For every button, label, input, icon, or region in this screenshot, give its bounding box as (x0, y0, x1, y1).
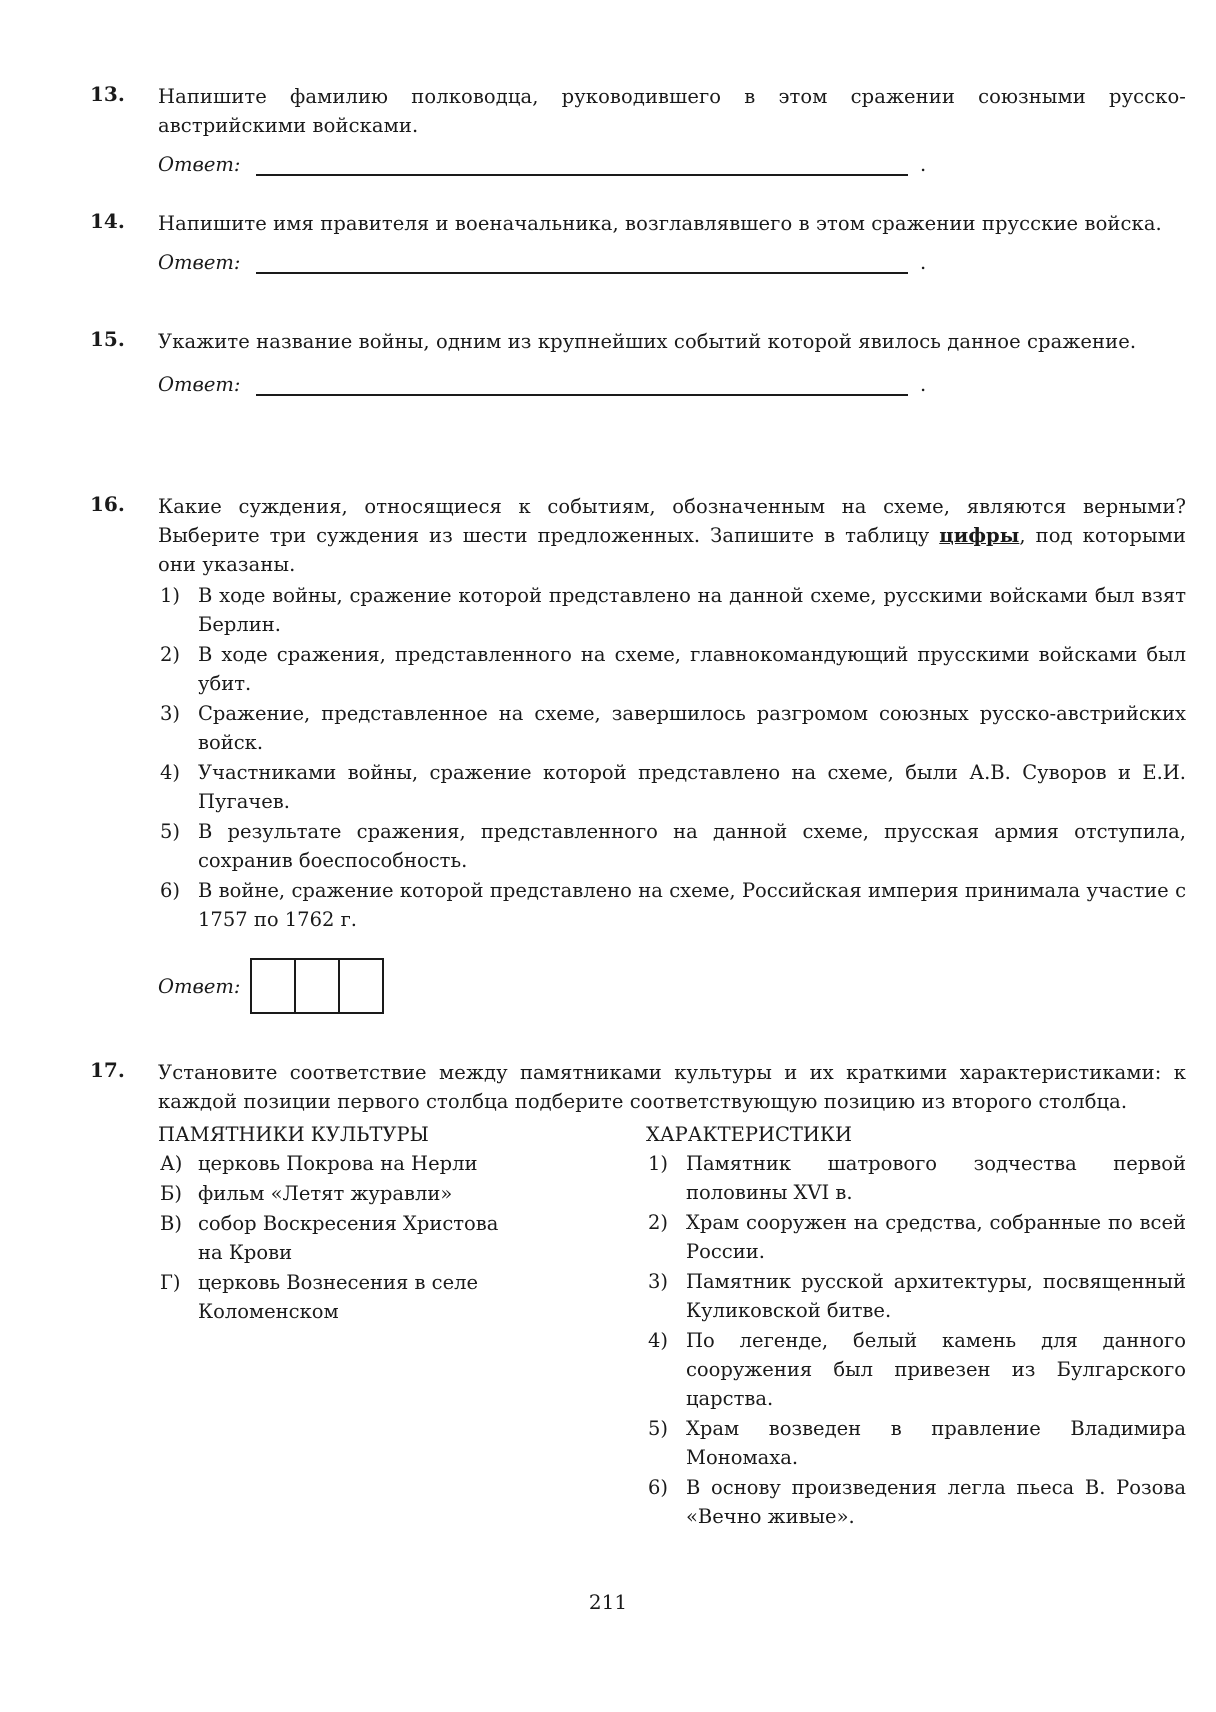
right-item: 1)Памятник шатрового зодчества первой по… (646, 1149, 1186, 1207)
item-text: Памятник шатрового зодчества первой поло… (686, 1149, 1186, 1207)
left-item: Г)церковь Вознесения в селе Коломенском (158, 1268, 646, 1326)
answer-dot: . (920, 373, 926, 396)
answer-row: Ответ: . (158, 366, 1186, 396)
answer-label: Ответ: (158, 975, 240, 998)
option-item: 5)В результате сражения, представленного… (158, 817, 1186, 875)
answer-field[interactable] (256, 152, 908, 176)
task-text: Напишите имя правителя и военачальника, … (158, 209, 1186, 238)
item-number: 3) (646, 1267, 686, 1325)
option-item: 2)В ходе сражения, представленного на сх… (158, 640, 1186, 698)
left-item: В)собор Воскресения Христова на Крови (158, 1209, 646, 1267)
option-text: В ходе войны, сражение которой представл… (198, 581, 1186, 639)
left-item: А)церковь Покрова на Нерли (158, 1149, 646, 1178)
item-text: В основу произведения легла пьеса В. Роз… (686, 1473, 1186, 1531)
item-letter: Г) (158, 1268, 198, 1326)
item-number: 1) (646, 1149, 686, 1207)
answer-field[interactable] (256, 250, 908, 274)
item-text: Памятник русской архитектуры, посвященны… (686, 1267, 1186, 1325)
answer-row: Ответ: . (158, 146, 1186, 176)
item-letter: Б) (158, 1179, 198, 1208)
answer-box[interactable] (252, 960, 296, 1012)
item-text: Храм сооружен на средства, собранные по … (686, 1208, 1186, 1266)
option-text: Участниками войны, сражение которой пред… (198, 758, 1186, 816)
item-letter: А) (158, 1149, 198, 1178)
option-item: 1)В ходе войны, сражение которой предста… (158, 581, 1186, 639)
answer-dot: . (920, 251, 926, 274)
option-text: В ходе сражения, представленного на схем… (198, 640, 1186, 698)
item-text: фильм «Летят журавли» (198, 1179, 646, 1208)
item-number: 2) (646, 1208, 686, 1266)
task-number: 13. (90, 82, 125, 106)
left-item: Б)фильм «Летят журавли» (158, 1179, 646, 1208)
option-number: 3) (158, 699, 198, 757)
answer-label: Ответ: (158, 153, 256, 176)
option-text: В войне, сражение которой представлено н… (198, 876, 1186, 934)
answer-box[interactable] (296, 960, 340, 1012)
right-item: 5)Храм возведен в правление Владимира Мо… (646, 1414, 1186, 1472)
task-text: Установите соответствие между памятникам… (158, 1058, 1186, 1116)
task-text: Какие суждения, относящиеся к событиям, … (158, 492, 1186, 579)
left-column-header: ПАМЯТНИКИ КУЛЬТУРЫ (158, 1120, 646, 1149)
item-number: 6) (646, 1473, 686, 1531)
option-number: 2) (158, 640, 198, 698)
task-text: Укажите название войны, одним из крупней… (158, 327, 1186, 356)
matching-columns: ПАМЯТНИКИ КУЛЬТУРЫ А)церковь Покрова на … (158, 1120, 1186, 1532)
task-text-emphasis: цифры (939, 524, 1019, 547)
task-13: 13. Напишите фамилию полководца, руковод… (90, 82, 1186, 176)
item-letter: В) (158, 1209, 198, 1267)
item-text: По легенде, белый камень для данного соо… (686, 1326, 1186, 1413)
right-item: 4)По легенде, белый камень для данного с… (646, 1326, 1186, 1413)
option-item: 3)Сражение, представленное на схеме, зав… (158, 699, 1186, 757)
task-15: 15. Укажите название войны, одним из кру… (90, 327, 1186, 396)
option-number: 5) (158, 817, 198, 875)
option-number: 4) (158, 758, 198, 816)
task-17: 17. Установите соответствие между памятн… (90, 1058, 1186, 1532)
answer-label: Ответ: (158, 373, 256, 396)
task-number: 15. (90, 327, 125, 351)
answer-field[interactable] (256, 372, 908, 396)
option-item: 6)В войне, сражение которой представлено… (158, 876, 1186, 934)
answer-row: Ответ: . (158, 244, 1186, 274)
answer-boxes (250, 958, 384, 1014)
item-number: 4) (646, 1326, 686, 1413)
options-list: 1)В ходе войны, сражение которой предста… (158, 581, 1186, 934)
right-column: ХАРАКТЕРИСТИКИ 1)Памятник шатрового зодч… (646, 1120, 1186, 1532)
right-item: 2)Храм сооружен на средства, собранные п… (646, 1208, 1186, 1266)
task-number: 16. (90, 492, 125, 516)
task-number: 17. (90, 1058, 125, 1082)
exam-page: 13. Напишите фамилию полководца, руковод… (0, 0, 1216, 1712)
task-text: Напишите фамилию полководца, руководивше… (158, 82, 1186, 140)
option-item: 4)Участниками войны, сражение которой пр… (158, 758, 1186, 816)
task-14: 14. Напишите имя правителя и военачальни… (90, 209, 1186, 274)
item-text: церковь Вознесения в селе Коломенском (198, 1268, 528, 1326)
right-column-header: ХАРАКТЕРИСТИКИ (646, 1120, 1186, 1149)
answer-row: Ответ: (158, 958, 1186, 1014)
item-text: церковь Покрова на Нерли (198, 1149, 646, 1178)
item-text: Храм возведен в правление Владимира Моно… (686, 1414, 1186, 1472)
option-text: Сражение, представленное на схеме, завер… (198, 699, 1186, 757)
right-item: 3)Памятник русской архитектуры, посвящен… (646, 1267, 1186, 1325)
option-text: В результате сражения, представленного н… (198, 817, 1186, 875)
page-number: 211 (0, 1590, 1216, 1614)
item-text: собор Воскресения Христова на Крови (198, 1209, 528, 1267)
task-number: 14. (90, 209, 125, 233)
option-number: 1) (158, 581, 198, 639)
item-number: 5) (646, 1414, 686, 1472)
answer-dot: . (920, 153, 926, 176)
task-16: 16. Какие суждения, относящиеся к событи… (90, 492, 1186, 1014)
option-number: 6) (158, 876, 198, 934)
right-item: 6)В основу произведения легла пьеса В. Р… (646, 1473, 1186, 1531)
answer-box[interactable] (340, 960, 382, 1012)
answer-label: Ответ: (158, 251, 256, 274)
left-column: ПАМЯТНИКИ КУЛЬТУРЫ А)церковь Покрова на … (158, 1120, 646, 1532)
